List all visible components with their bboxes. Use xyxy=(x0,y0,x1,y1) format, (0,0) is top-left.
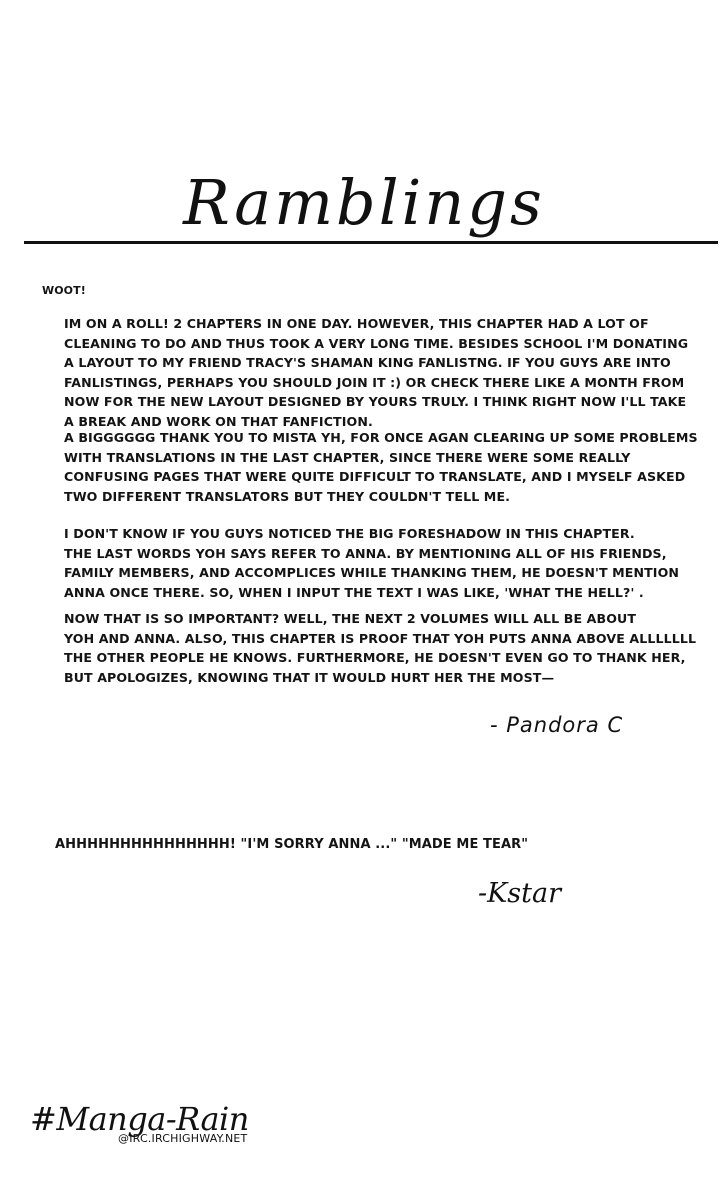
title-divider xyxy=(24,241,718,244)
paragraph-2: A BIGGGGGG THANK YOU TO MISTA YH, FOR ON… xyxy=(64,428,728,506)
page-title: Ramblings xyxy=(0,168,728,238)
greeting: WOOT! xyxy=(42,281,86,301)
signature-kstar: -Kstar xyxy=(478,878,561,909)
paragraph-4: NOW THAT IS SO IMPORTANT? WELL, THE NEXT… xyxy=(64,609,728,687)
signature-pandora: - Pandora C xyxy=(490,713,623,737)
paragraph-1: IM ON A ROLL! 2 CHAPTERS IN ONE DAY. HOW… xyxy=(64,314,728,432)
reader-comment: AHHHHHHHHHHHHHHH! "I'M SORRY ANNA ..." "… xyxy=(55,835,528,855)
paragraph-3: I DON'T KNOW IF YOU GUYS NOTICED THE BIG… xyxy=(64,524,728,602)
footer-irc-address: @IRC.IRCHIGHWAY.NET xyxy=(118,1132,247,1145)
